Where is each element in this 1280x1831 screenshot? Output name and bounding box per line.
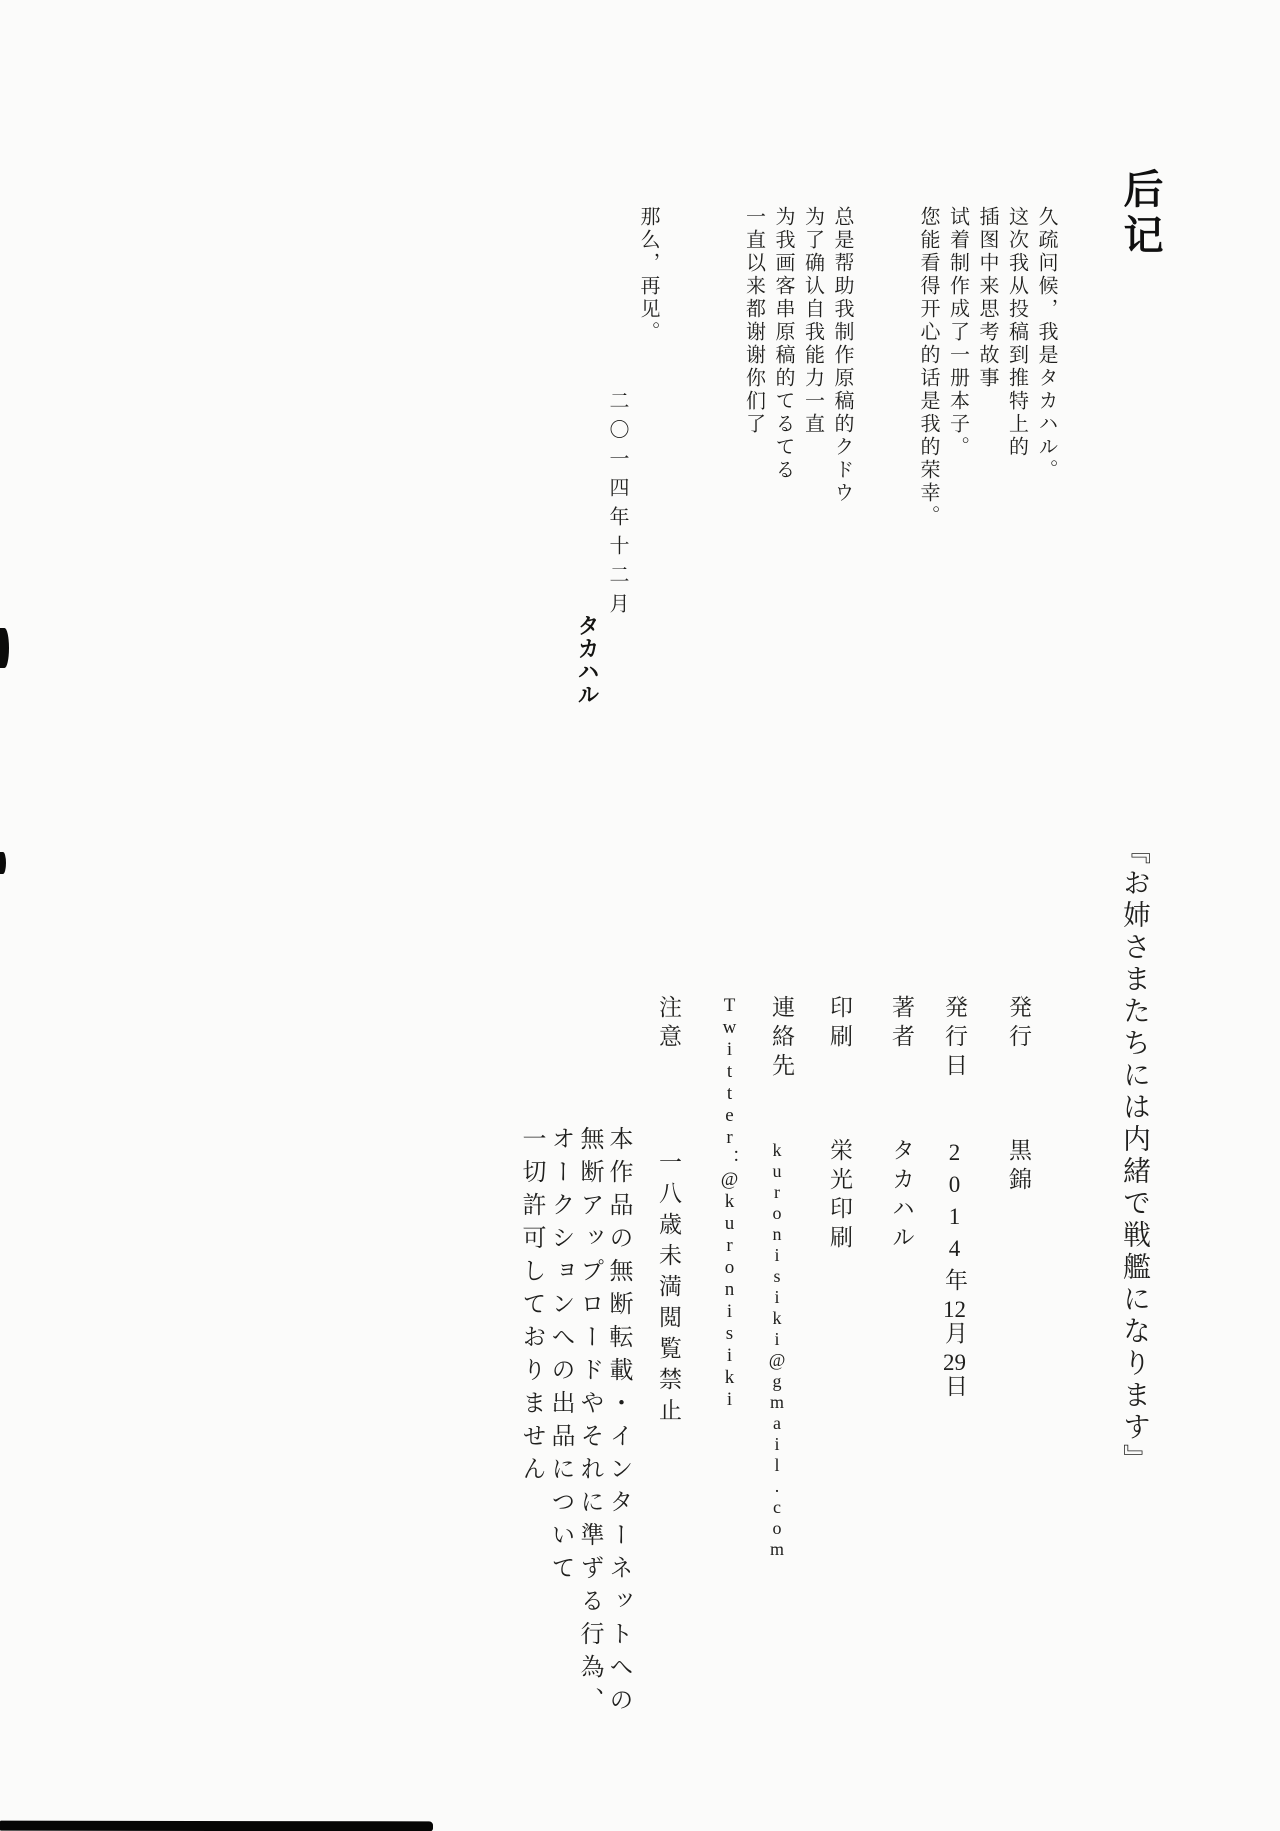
notice-line: 本作品の無断転載・インターネットへの: [603, 1126, 632, 1738]
date-line: 二〇一四年十二月: [603, 390, 632, 622]
copyright-notice: 本作品の無断転載・インターネットへの 無断アップロードやそれに準ずる行為、 オー…: [516, 1126, 632, 1738]
scanned-page: { "colors": { "paper": "#fbfbfa", "ink":…: [0, 0, 1280, 1831]
afterword-line: 插图中来思考故事: [972, 206, 1002, 568]
publisher-value: 黒錦: [1002, 1138, 1035, 1196]
printer-value: 栄光印刷: [823, 1138, 856, 1254]
afterword-title: 后记: [1112, 168, 1169, 260]
contact-email: kuronisiki@gmail.com: [766, 1140, 787, 1560]
notice-line: オークションへの出品について: [545, 1126, 574, 1738]
author-value: タカハル: [885, 1138, 918, 1254]
afterword-line: 总是帮助我制作原稿的クドウ: [827, 206, 857, 522]
scan-edge-mark: [0, 628, 9, 668]
scan-edge-mark: [0, 852, 6, 874]
twitter-handle: Twitter：@kuronisiki: [716, 995, 743, 1411]
afterword-line: 这次我从投稿到推特上的: [1001, 206, 1031, 568]
afterword-paragraph-1: 久疏问候，我是タカハル。 这次我从投稿到推特上的 插图中来思考故事 试着制作成了…: [913, 206, 1061, 568]
afterword-line: 为我画客串原稿的てるてる: [768, 206, 798, 522]
age-restriction: 一八歳未満閲覧禁止: [652, 1150, 685, 1429]
afterword-line: 一直以来都谢谢你们了: [738, 206, 768, 522]
printer-label: 印刷: [823, 995, 856, 1053]
book-title: 『お姉さまたちには内緒で戦艦になります』: [1114, 836, 1154, 1476]
afterword-line: 您能看得开心的话是我的荣幸。: [913, 206, 943, 568]
publication-date-label: 発行日: [938, 995, 971, 1082]
publisher-label: 発行: [1002, 995, 1035, 1053]
author-signature: タカハル: [572, 614, 603, 706]
afterword-line: 久疏问候，我是タカハル。: [1031, 206, 1061, 568]
publication-date-value: 2014年12月29日: [938, 1140, 971, 1404]
afterword-paragraph-2: 总是帮助我制作原稿的クドウ 为了确认自我能力一直 为我画客串原稿的てるてる 一直…: [738, 206, 856, 522]
afterword-line: 为了确认自我能力一直: [797, 206, 827, 522]
contact-label: 連絡先: [765, 995, 798, 1082]
afterword-line: 试着制作成了一册本子。: [942, 206, 972, 568]
notice-line: 一切許可しておりません: [516, 1126, 545, 1738]
bottom-scan-streak: [0, 1821, 433, 1831]
notice-label: 注意: [652, 995, 685, 1053]
author-label: 著者: [885, 995, 918, 1053]
closing-line: 那么，再见。: [634, 206, 663, 344]
notice-line: 無断アップロードやそれに準ずる行為、: [574, 1126, 603, 1738]
